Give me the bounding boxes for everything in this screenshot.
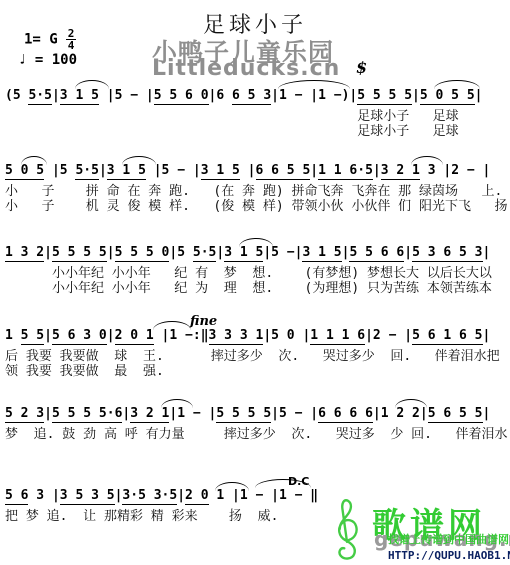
notation-line: 1 5 5|5 6 3 0|2 0 1 |1 −:‖3 3 3 1|5 0 |1… [5,328,490,343]
notation-line: 5 0 5 |5 5·5|3 1 5 |5 − |3 1 5 |6 6 5 5|… [5,163,490,178]
fine-mark: fine [190,314,217,329]
lyrics-line: 把 梦 追. 让 那精彩 精 彩来 扬 威. [5,505,278,524]
lyrics-line: 小小年纪 小小年 纪 为 理 想. (为理想) 只为苦练 本领苦练本 [5,277,492,296]
site-url: HTTP://QUPU.HAOB1.NET [388,549,510,562]
time-signature-denominator: 4 [68,39,75,52]
notation-line: (5 5·5|3 1 5 |5 − |5 5 6 0|6 6 5 3|1 − |… [5,88,483,103]
tempo-marking: ♩ = 100 [18,52,77,68]
site-tagline: 找谱上传谱到中国曲谱网 [388,531,509,547]
time-signature: 24 [66,28,77,51]
segno-mark: $ [356,58,367,77]
notation-line: 5 6 3 |3 5 3 5|3·5 3·5|2 0 1 |1 − |1 − ‖ [5,488,318,503]
treble-clef-icon [328,498,366,562]
sheet-music-page: 足球小子 1= G24 ♩ = 100 小鸭子儿童乐园 Littleducks.… [0,0,510,565]
quarter-note-icon: ♩ [18,52,26,68]
lyrics-line: 小 子 机 灵 俊 模 样. (俊 模 样) 带领小伙 小伙伴 们 阳光下飞 扬… [5,195,510,214]
lyrics-line: 领 我要 我要做 最 强. [5,360,164,379]
lyrics-line: 梦 追. 鼓 劲 高 呼 有力量 摔过多少 次. 哭过多 少 回. 伴着泪水 [5,423,508,442]
tempo-value: = 100 [35,52,77,68]
key-signature: 1= G24 [24,28,76,51]
notation-line: 5 2 3|5 5 5 5·6|3 2 1|1 − |5 5 5 5|5 − |… [5,406,490,421]
notation-line: 1 3 2|5 5 5 5|5 5 5 0|5 5·5|3 1 5|5 −|3 … [5,245,490,260]
lyrics-line: 足球小子 足球 [5,120,459,139]
key-signature-text: 1= G [24,32,58,48]
watermark-domain: Littleducks.cn [152,56,340,81]
